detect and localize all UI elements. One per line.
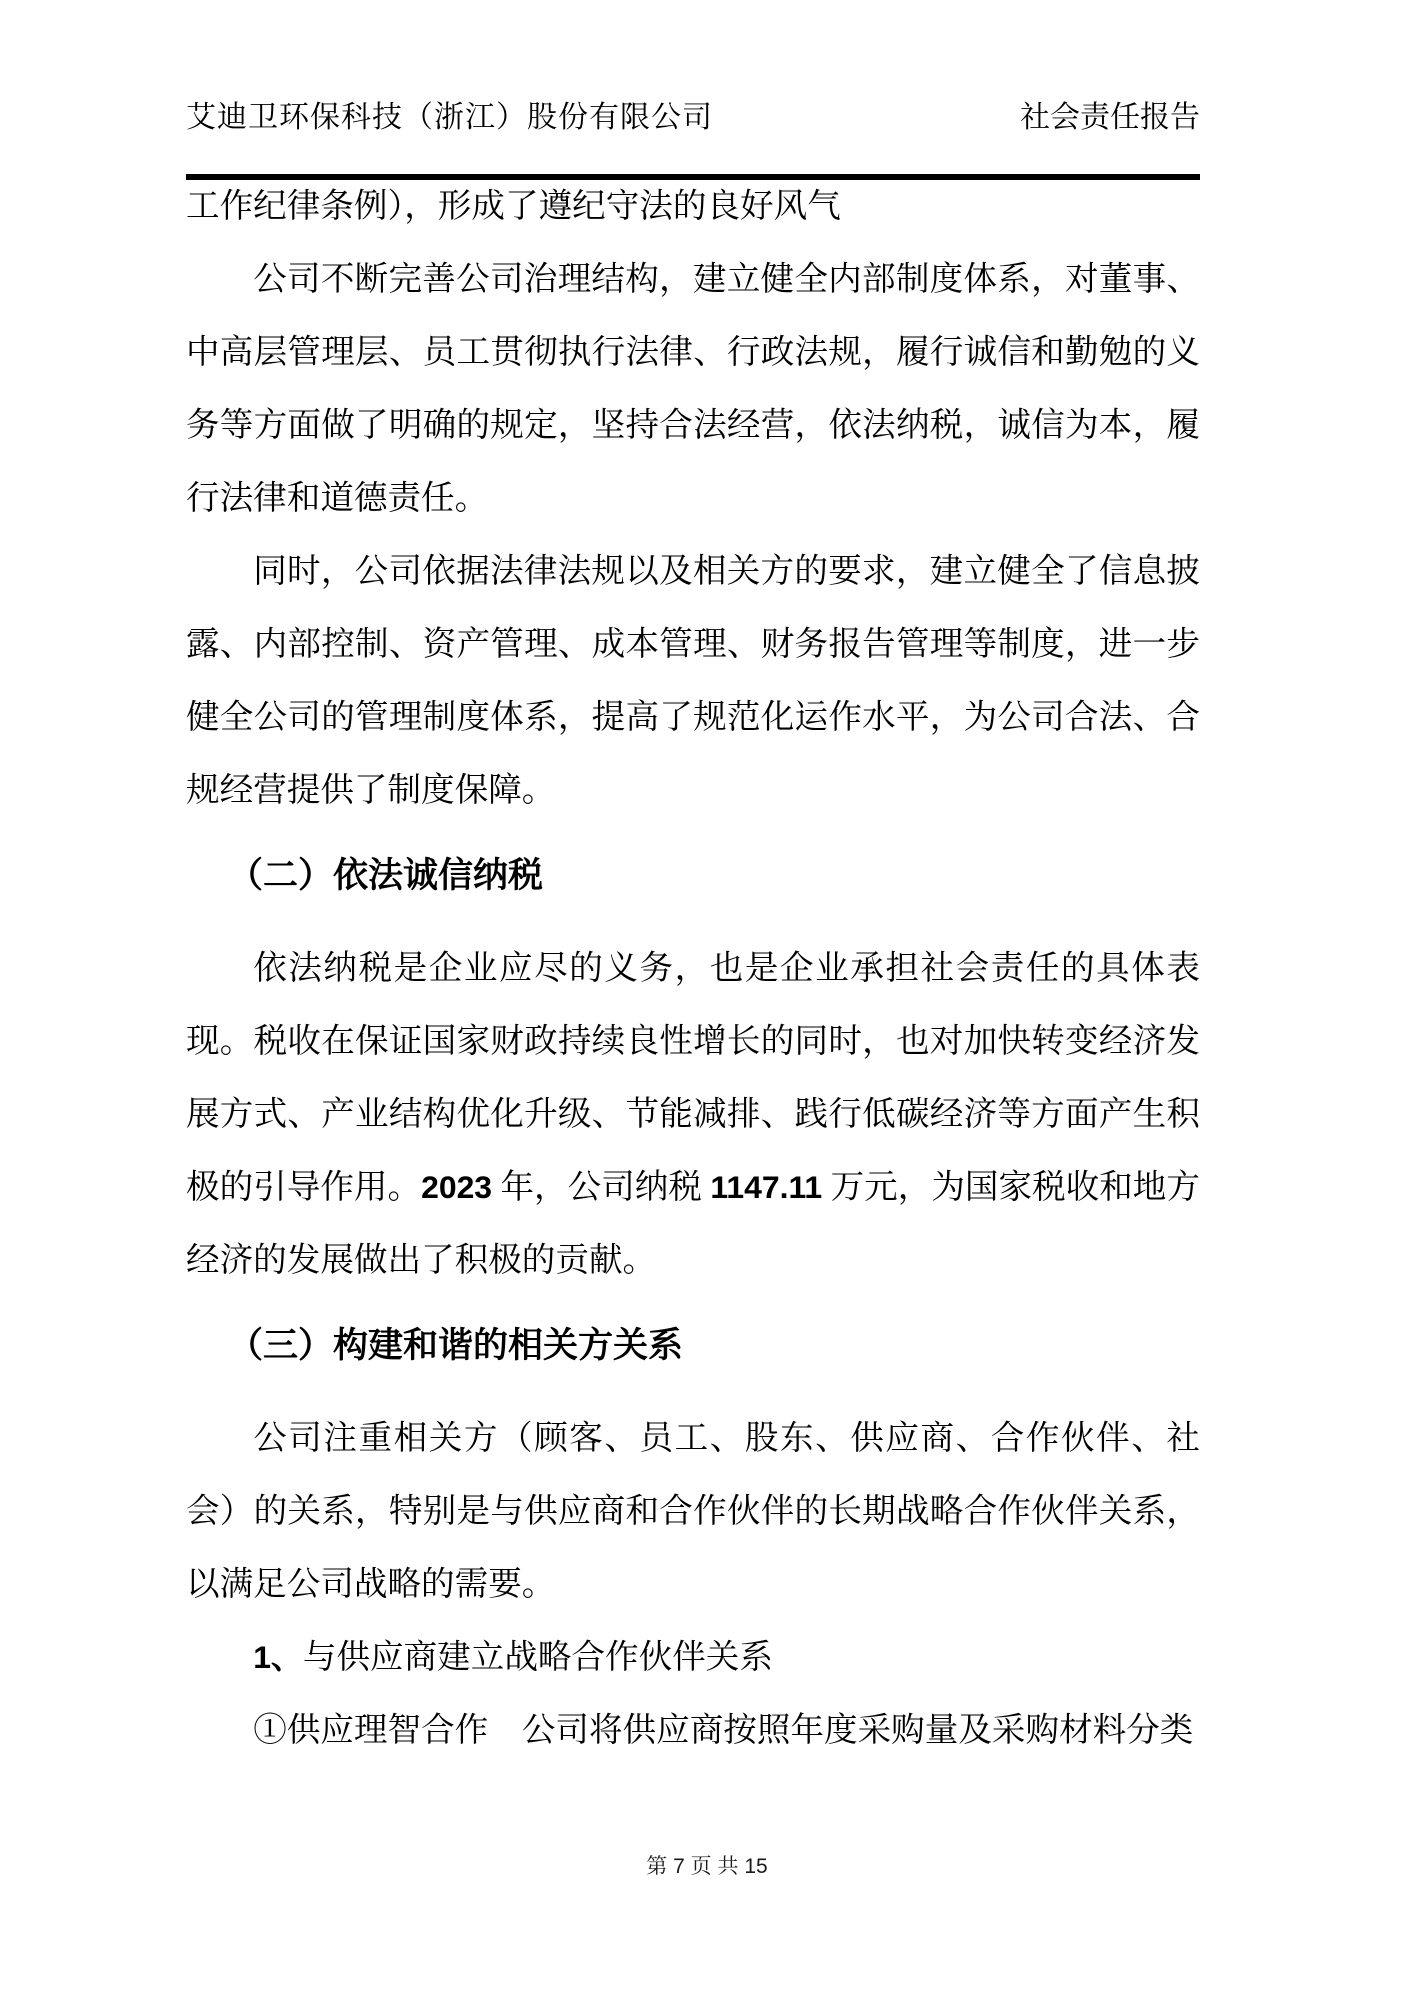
list-item-text: 与供应商建立战略合作伙伴关系 [303, 1639, 773, 1676]
paragraph-governance: 公司不断完善公司治理结构，建立健全内部制度体系，对董事、中高层管理层、员工贯彻执… [186, 243, 1200, 535]
page-header: 艾迪卫环保科技（浙江）股份有限公司 社会责任报告 [186, 96, 1200, 180]
list-item-number: 1、 [253, 1639, 303, 1675]
page-footer: 第 7 页 共 15 [0, 1850, 1414, 1880]
company-name: 艾迪卫环保科技（浙江）股份有限公司 [186, 96, 713, 140]
page-number: 第 7 页 共 15 [646, 1855, 767, 1878]
list-item-supplier-partnership: 1、与供应商建立战略合作伙伴关系 [186, 1621, 1200, 1694]
tax-text-2: 年，公司纳税 [492, 1169, 710, 1206]
paragraph-systems: 同时，公司依据法律法规以及相关方的要求，建立健全了信息披露、内部控制、资产管理、… [186, 535, 1200, 827]
document-page: 艾迪卫环保科技（浙江）股份有限公司 社会责任报告 工作纪律条例），形成了遵纪守法… [0, 0, 1414, 2000]
paragraph-stakeholders: 公司注重相关方（顾客、员工、股东、供应商、合作伙伴、社会）的关系，特别是与供应商… [186, 1402, 1200, 1621]
paragraph-tax: 依法纳税是企业应尽的义务，也是企业承担社会责任的具体表现。税收在保证国家财政持续… [186, 932, 1200, 1297]
tax-year-value: 2023 [421, 1169, 492, 1205]
tax-text-1: 依法纳税是企业应尽的义务，也是企业承担社会责任的具体表现。税收在保证国家财政持续… [186, 950, 1200, 1206]
section-heading-stakeholders: （三）构建和谐的相关方关系 [186, 1309, 1200, 1382]
paragraph-supplier-cooperation: ①供应理智合作 公司将供应商按照年度采购量及采购材料分类 [186, 1694, 1200, 1767]
tax-amount-value: 1147.11 [710, 1169, 822, 1205]
paragraph-continuation: 工作纪律条例），形成了遵纪守法的良好风气 [186, 170, 1200, 243]
report-title: 社会责任报告 [1020, 96, 1200, 140]
document-body: 工作纪律条例），形成了遵纪守法的良好风气 公司不断完善公司治理结构，建立健全内部… [186, 170, 1200, 1767]
section-heading-tax: （二）依法诚信纳税 [186, 839, 1200, 912]
